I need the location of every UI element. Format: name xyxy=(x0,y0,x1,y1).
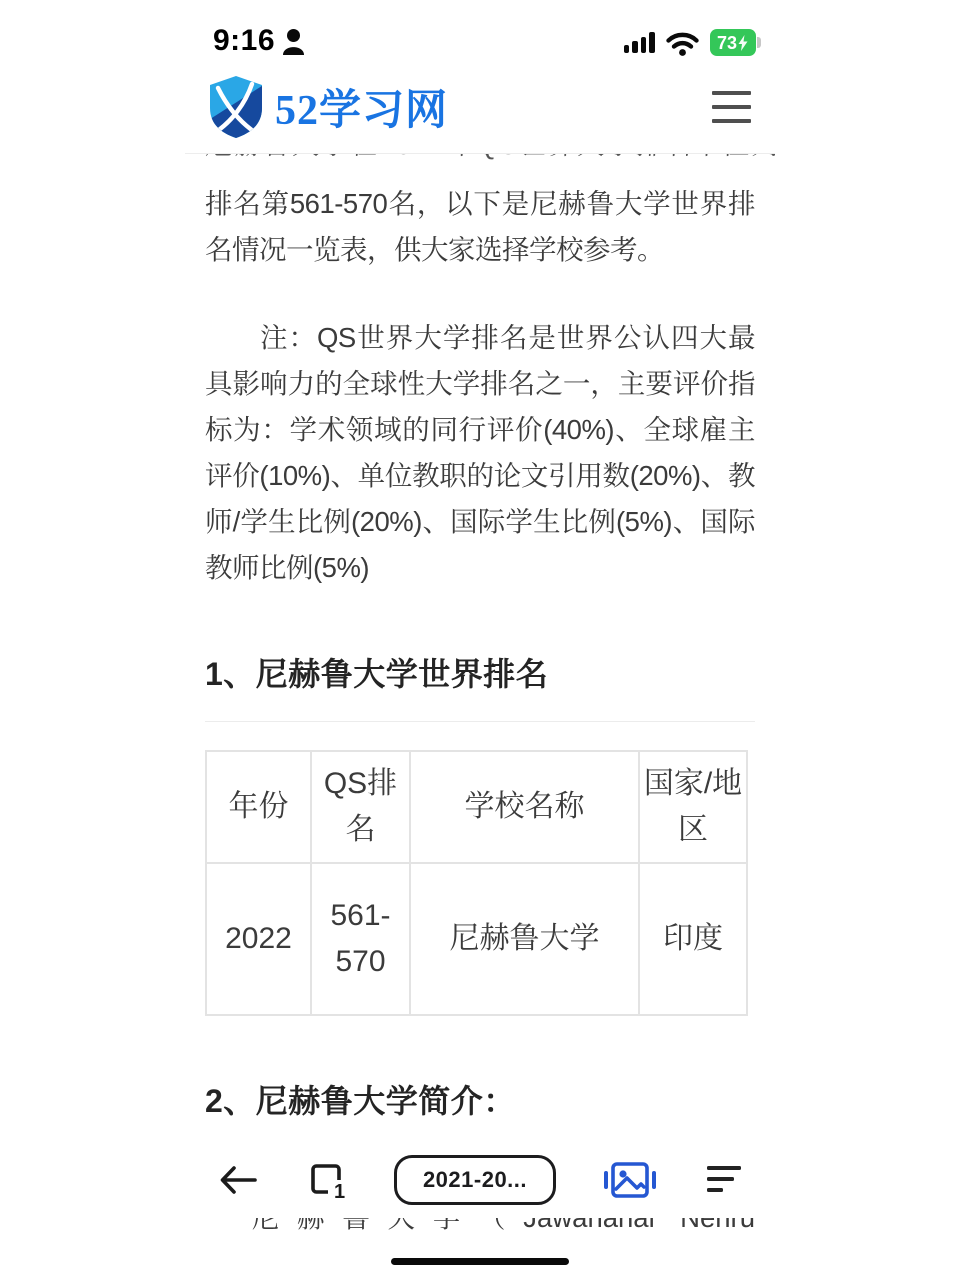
tab-count: 1 xyxy=(334,1181,345,1201)
col-year: 年份 xyxy=(206,751,311,863)
phone-screen: 9:16 73 xyxy=(185,0,775,1280)
clipped-text-line: 尼赫鲁大学在2022年QS世界大学排名中位列世界第561-570名 xyxy=(185,154,775,167)
site-logo[interactable]: 52学习网 xyxy=(207,75,448,139)
tabs-icon: 1 xyxy=(305,1159,347,1201)
divider xyxy=(205,721,755,722)
col-country: 国家/地区 xyxy=(639,751,747,863)
section2-heading: 2、尼赫鲁大学简介： xyxy=(205,1076,755,1122)
battery-percent: 73 xyxy=(717,34,737,52)
paragraph-qs-note: 注：QS世界大学排名是世界公认四大最具影响力的全球性大学排名之一，主要评价指标为… xyxy=(205,315,755,591)
tabs-button[interactable]: 1 xyxy=(305,1159,347,1201)
browser-toolbar: 1 2021-20... xyxy=(185,1142,775,1218)
wifi-icon xyxy=(666,30,699,56)
table-row: 2022 561-570 尼赫鲁大学 印度 xyxy=(206,863,747,1015)
signal-icon xyxy=(624,32,655,53)
clock: 9:16 xyxy=(213,24,275,58)
slideshow-icon xyxy=(602,1158,658,1202)
reader-menu-button[interactable] xyxy=(705,1163,743,1197)
paragraph-ranking-intro: 排名第561-570名，以下是尼赫鲁大学世界排名情况一览表，供大家选择学校参考。 xyxy=(205,181,755,273)
cell-school-name: 尼赫鲁大学 xyxy=(410,863,639,1015)
table-header-row: 年份 QS排名 学校名称 国家/地区 xyxy=(206,751,747,863)
sort-lines-icon xyxy=(705,1163,743,1197)
section1-heading: 1、尼赫鲁大学世界排名 xyxy=(205,649,755,695)
status-left: 9:16 xyxy=(213,24,305,58)
charging-bolt-icon xyxy=(738,35,748,51)
page-range-button[interactable]: 2021-20... xyxy=(394,1155,556,1205)
article-body: 排名第561-570名，以下是尼赫鲁大学世界排名情况一览表，供大家选择学校参考。… xyxy=(185,181,775,1241)
menu-button[interactable] xyxy=(710,85,753,129)
shield-logo-icon xyxy=(207,75,265,139)
slideshow-button[interactable] xyxy=(602,1158,658,1202)
status-bar: 9:16 73 xyxy=(185,0,775,60)
status-right: 73 xyxy=(624,29,762,58)
cell-qs-rank: 561-570 xyxy=(311,863,410,1015)
cell-country: 印度 xyxy=(639,863,747,1015)
col-school-name: 学校名称 xyxy=(410,751,639,863)
cell-year: 2022 xyxy=(206,863,311,1015)
site-header: 52学习网 xyxy=(185,60,775,154)
back-arrow-icon xyxy=(217,1163,259,1197)
site-title: 52学习网 xyxy=(275,77,448,137)
person-icon xyxy=(282,28,305,55)
home-indicator[interactable] xyxy=(391,1258,569,1265)
back-button[interactable] xyxy=(217,1163,259,1197)
ranking-table: 年份 QS排名 学校名称 国家/地区 2022 561-570 尼赫鲁大学 印度 xyxy=(205,750,748,1016)
col-qs-rank: QS排名 xyxy=(311,751,410,863)
battery-icon: 73 xyxy=(710,29,762,56)
